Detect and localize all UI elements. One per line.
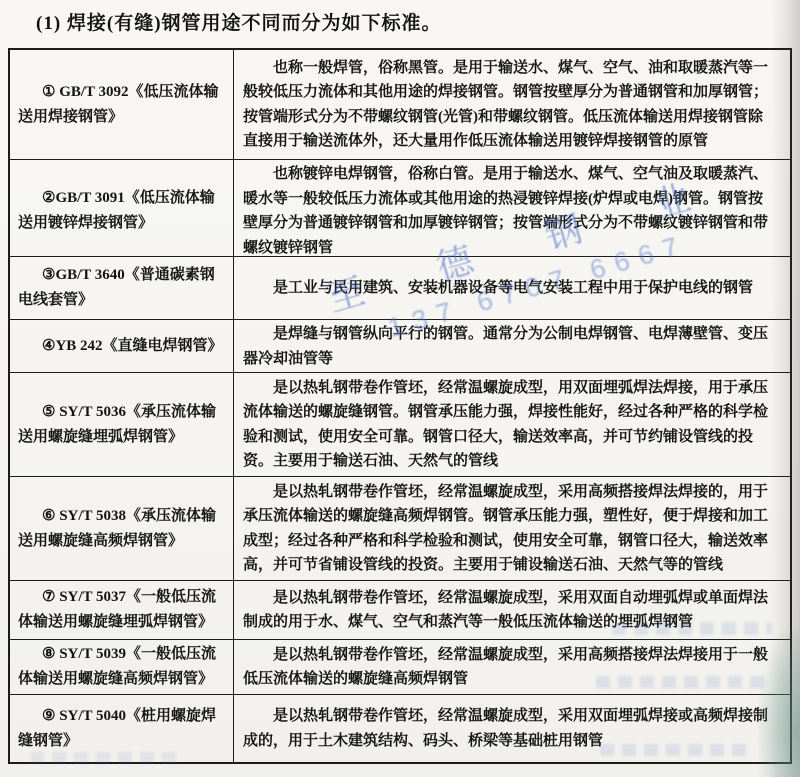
standard-label: ⑨ SY/T 5040《桩用螺旋焊缝钢管》 — [10, 695, 234, 762]
standard-desc-text: 是焊缝与钢管纵向平行的钢管。通常分为公制电焊钢管、电焊薄壁管、变压器冷却油管等 — [243, 322, 776, 371]
standard-desc: 是以热轧钢带卷作管坯，经常温螺旋成型，用双面埋弧焊法焊接，用于承压流体输送的螺旋… — [234, 373, 790, 476]
standard-label: ⑦ SY/T 5037《一般低压流体输送用螺旋缝埋弧焊钢管》 — [10, 581, 234, 639]
standard-desc-text: 是以热轧钢带卷作管坯，经常温螺旋成型，采用高频搭接焊法焊接的，用于承压流体输送的… — [243, 480, 776, 578]
table-row: ④YB 242《直缝电焊钢管》 是焊缝与钢管纵向平行的钢管。通常分为公制电焊钢管… — [10, 319, 790, 372]
standard-desc-text: 是以热轧钢带卷作管坯，经常温螺旋成型，用双面埋弧焊法焊接，用于承压流体输送的螺旋… — [243, 376, 776, 474]
standards-table: ① GB/T 3092《低压流体输送用焊接钢管》 也称一般焊管，俗称黑管。是用于… — [8, 48, 792, 764]
standard-desc: 是工业与民用建筑、安装机器设备等电气安装工程中用于保护电线的钢管 — [234, 257, 790, 319]
scanned-page: (1) 焊接(有缝)钢管用途不同而分为如下标准。 ① GB/T 3092《低压流… — [0, 0, 800, 777]
standard-label: ⑥ SY/T 5038《承压流体输送用螺旋缝高频焊钢管》 — [10, 477, 234, 580]
standard-label-text: ⑧ SY/T 5039《一般低压流体输送用螺旋缝高频焊钢管》 — [18, 642, 227, 692]
standard-desc: 是以热轧钢带卷作管坯，经常温螺旋成型，采用双面埋弧焊接或高频焊接制成的，用于土木… — [234, 695, 790, 762]
standard-desc: 是以热轧钢带卷作管坯，经常温螺旋成型，采用高频搭接焊法焊接用于一般低压流体输送的… — [234, 640, 790, 694]
standard-label-text: ②GB/T 3091《低压流体输送用镀锌焊接钢管》 — [18, 186, 227, 236]
standard-desc: 是以热轧钢带卷作管坯，经常温螺旋成型，采用双面自动埋弧焊或单面焊法制成的用于水、… — [234, 581, 790, 639]
standard-label: ⑤ SY/T 5036《承压流体输送用螺旋缝埋弧焊钢管》 — [10, 373, 234, 476]
standard-desc-text: 是工业与民用建筑、安装机器设备等电气安装工程中用于保护电线的钢管 — [243, 276, 753, 301]
standard-label: ⑧ SY/T 5039《一般低压流体输送用螺旋缝高频焊钢管》 — [10, 640, 234, 694]
standard-label: ① GB/T 3092《低压流体输送用焊接钢管》 — [10, 50, 234, 159]
standard-label-text: ④YB 242《直缝电焊钢管》 — [18, 334, 223, 359]
standard-desc-text: 也称一般焊管，俗称黑管。是用于输送水、煤气、空气、油和取暖蒸汽等一般较低压力流体… — [243, 56, 776, 154]
standard-label-text: ⑨ SY/T 5040《桩用螺旋焊缝钢管》 — [18, 704, 227, 754]
table-row: ②GB/T 3091《低压流体输送用镀锌焊接钢管》 也称镀锌电焊钢管，俗称白管。… — [10, 159, 790, 256]
standard-desc-text: 也称镀锌电焊钢管，俗称白管。是用于输送水、煤气、空气油及取暖蒸汽、暖水等一般较低… — [243, 162, 776, 256]
standard-desc-text: 是以热轧钢带卷作管坯，经常温螺旋成型，采用双面自动埋弧焊或单面焊法制成的用于水、… — [243, 586, 776, 635]
standard-desc-text: 是以热轧钢带卷作管坯，经常温螺旋成型，采用双面埋弧焊接或高频焊接制成的，用于土木… — [243, 704, 776, 753]
standard-label: ③GB/T 3640《普通碳素钢电线套管》 — [10, 257, 234, 319]
standard-desc: 也称一般焊管，俗称黑管。是用于输送水、煤气、空气、油和取暖蒸汽等一般较低压力流体… — [234, 50, 790, 159]
page-title: (1) 焊接(有缝)钢管用途不同而分为如下标准。 — [36, 8, 442, 35]
table-row: ① GB/T 3092《低压流体输送用焊接钢管》 也称一般焊管，俗称黑管。是用于… — [10, 50, 790, 159]
table-row: ⑧ SY/T 5039《一般低压流体输送用螺旋缝高频焊钢管》 是以热轧钢带卷作管… — [10, 639, 790, 694]
standard-desc: 也称镀锌电焊钢管，俗称白管。是用于输送水、煤气、空气油及取暖蒸汽、暖水等一般较低… — [234, 160, 790, 256]
standard-desc-text: 是以热轧钢带卷作管坯，经常温螺旋成型，采用高频搭接焊法焊接用于一般低压流体输送的… — [243, 643, 776, 692]
standard-label-text: ⑤ SY/T 5036《承压流体输送用螺旋缝埋弧焊钢管》 — [18, 400, 227, 450]
table-row: ⑨ SY/T 5040《桩用螺旋焊缝钢管》 是以热轧钢带卷作管坯，经常温螺旋成型… — [10, 694, 790, 762]
standard-label-text: ① GB/T 3092《低压流体输送用焊接钢管》 — [18, 80, 227, 130]
table-row: ③GB/T 3640《普通碳素钢电线套管》 是工业与民用建筑、安装机器设备等电气… — [10, 256, 790, 319]
table-row: ⑤ SY/T 5036《承压流体输送用螺旋缝埋弧焊钢管》 是以热轧钢带卷作管坯，… — [10, 372, 790, 476]
standard-label: ②GB/T 3091《低压流体输送用镀锌焊接钢管》 — [10, 160, 234, 256]
standard-label-text: ③GB/T 3640《普通碳素钢电线套管》 — [18, 263, 227, 313]
standard-desc: 是以热轧钢带卷作管坯，经常温螺旋成型，采用高频搭接焊法焊接的，用于承压流体输送的… — [234, 477, 790, 580]
standard-desc: 是焊缝与钢管纵向平行的钢管。通常分为公制电焊钢管、电焊薄壁管、变压器冷却油管等 — [234, 320, 790, 372]
standard-label-text: ⑥ SY/T 5038《承压流体输送用螺旋缝高频焊钢管》 — [18, 504, 227, 554]
standard-label: ④YB 242《直缝电焊钢管》 — [10, 320, 234, 372]
table-row: ⑦ SY/T 5037《一般低压流体输送用螺旋缝埋弧焊钢管》 是以热轧钢带卷作管… — [10, 580, 790, 639]
table-row: ⑥ SY/T 5038《承压流体输送用螺旋缝高频焊钢管》 是以热轧钢带卷作管坯，… — [10, 476, 790, 580]
standard-label-text: ⑦ SY/T 5037《一般低压流体输送用螺旋缝埋弧焊钢管》 — [18, 585, 227, 635]
